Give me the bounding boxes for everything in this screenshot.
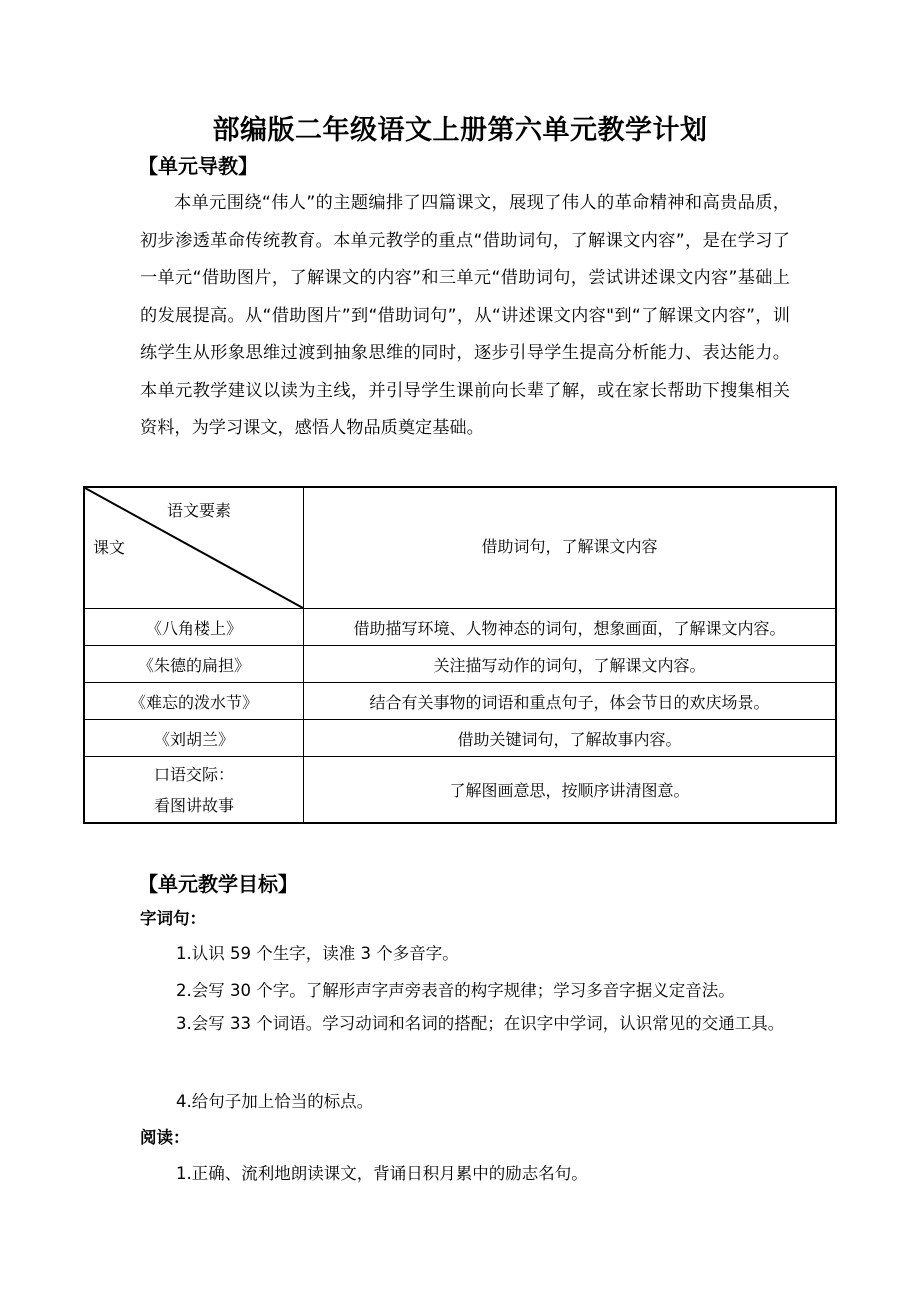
words-label: 字词句： xyxy=(140,905,206,929)
table-row: 《八角楼上》 借助描写环境、人物神态的词句，想象画面，了解课文内容。 xyxy=(84,609,836,646)
reading-label: 阅读： xyxy=(140,1124,190,1148)
intro-heading: 【单元导教】 xyxy=(138,150,258,179)
goal-item: 4.给句子加上恰当的标点。 xyxy=(176,1088,373,1112)
element-cell: 借助描写环境、人物神态的词句，想象画面，了解课文内容。 xyxy=(304,609,837,646)
lesson-cell: 口语交际： 看图讲故事 xyxy=(84,757,304,824)
lesson-line: 口语交际： xyxy=(85,759,303,790)
table-row: 《朱德的扁担》 关注描写动作的词句，了解课文内容。 xyxy=(84,646,836,683)
table-row: 口语交际： 看图讲故事 了解图画意思，按顺序讲清图意。 xyxy=(84,757,836,824)
table-row: 《难忘的泼水节》 结合有关事物的词语和重点句子，体会节日的欢庆场景。 xyxy=(84,683,836,720)
goals-heading: 【单元教学目标】 xyxy=(138,868,298,897)
language-elements-table: 语文要素 课文 借助词句，了解课文内容 《八角楼上》 借助描写环境、人物神态的词… xyxy=(83,486,837,824)
lesson-cell: 《难忘的泼水节》 xyxy=(84,683,304,720)
document-title: 部编版二年级语文上册第六单元教学计划 xyxy=(0,108,920,147)
element-cell: 借助关键词句，了解故事内容。 xyxy=(304,720,837,757)
goal-item: 3.会写 33 个词语。学习动词和名词的搭配；在识字中学词，认识常见的交通工具。 xyxy=(140,1005,790,1042)
lesson-line: 看图讲故事 xyxy=(85,790,303,821)
table-header-row: 语文要素 课文 借助词句，了解课文内容 xyxy=(84,487,836,609)
goal-item: 2.会写 30 个字。了解形声字声旁表音的构字规律；学习多音字据义定音法。 xyxy=(176,977,735,1001)
intro-paragraph: 本单元围绕“伟人”的主题编排了四篇课文，展现了伟人的革命精神和高贵品质，初步渗透… xyxy=(140,185,790,448)
lesson-cell: 《朱德的扁担》 xyxy=(84,646,304,683)
lesson-cell: 《八角楼上》 xyxy=(84,609,304,646)
element-cell: 了解图画意思，按顺序讲清图意。 xyxy=(304,757,837,824)
corner-cell: 语文要素 课文 xyxy=(84,487,304,609)
table-row: 《刘胡兰》 借助关键词句，了解故事内容。 xyxy=(84,720,836,757)
lesson-cell: 《刘胡兰》 xyxy=(84,720,304,757)
element-cell: 结合有关事物的词语和重点句子，体会节日的欢庆场景。 xyxy=(304,683,837,720)
corner-top-label: 语文要素 xyxy=(167,498,231,521)
goal-item: 1.认识 59 个生字，读准 3 个多音字。 xyxy=(176,940,459,964)
element-cell: 关注描写动作的词句，了解课文内容。 xyxy=(304,646,837,683)
corner-left-label: 课文 xyxy=(93,535,125,558)
goal-item: 1.正确、流利地朗读课文，背诵日积月累中的励志名句。 xyxy=(176,1160,588,1184)
header-value-cell: 借助词句，了解课文内容 xyxy=(304,487,837,609)
